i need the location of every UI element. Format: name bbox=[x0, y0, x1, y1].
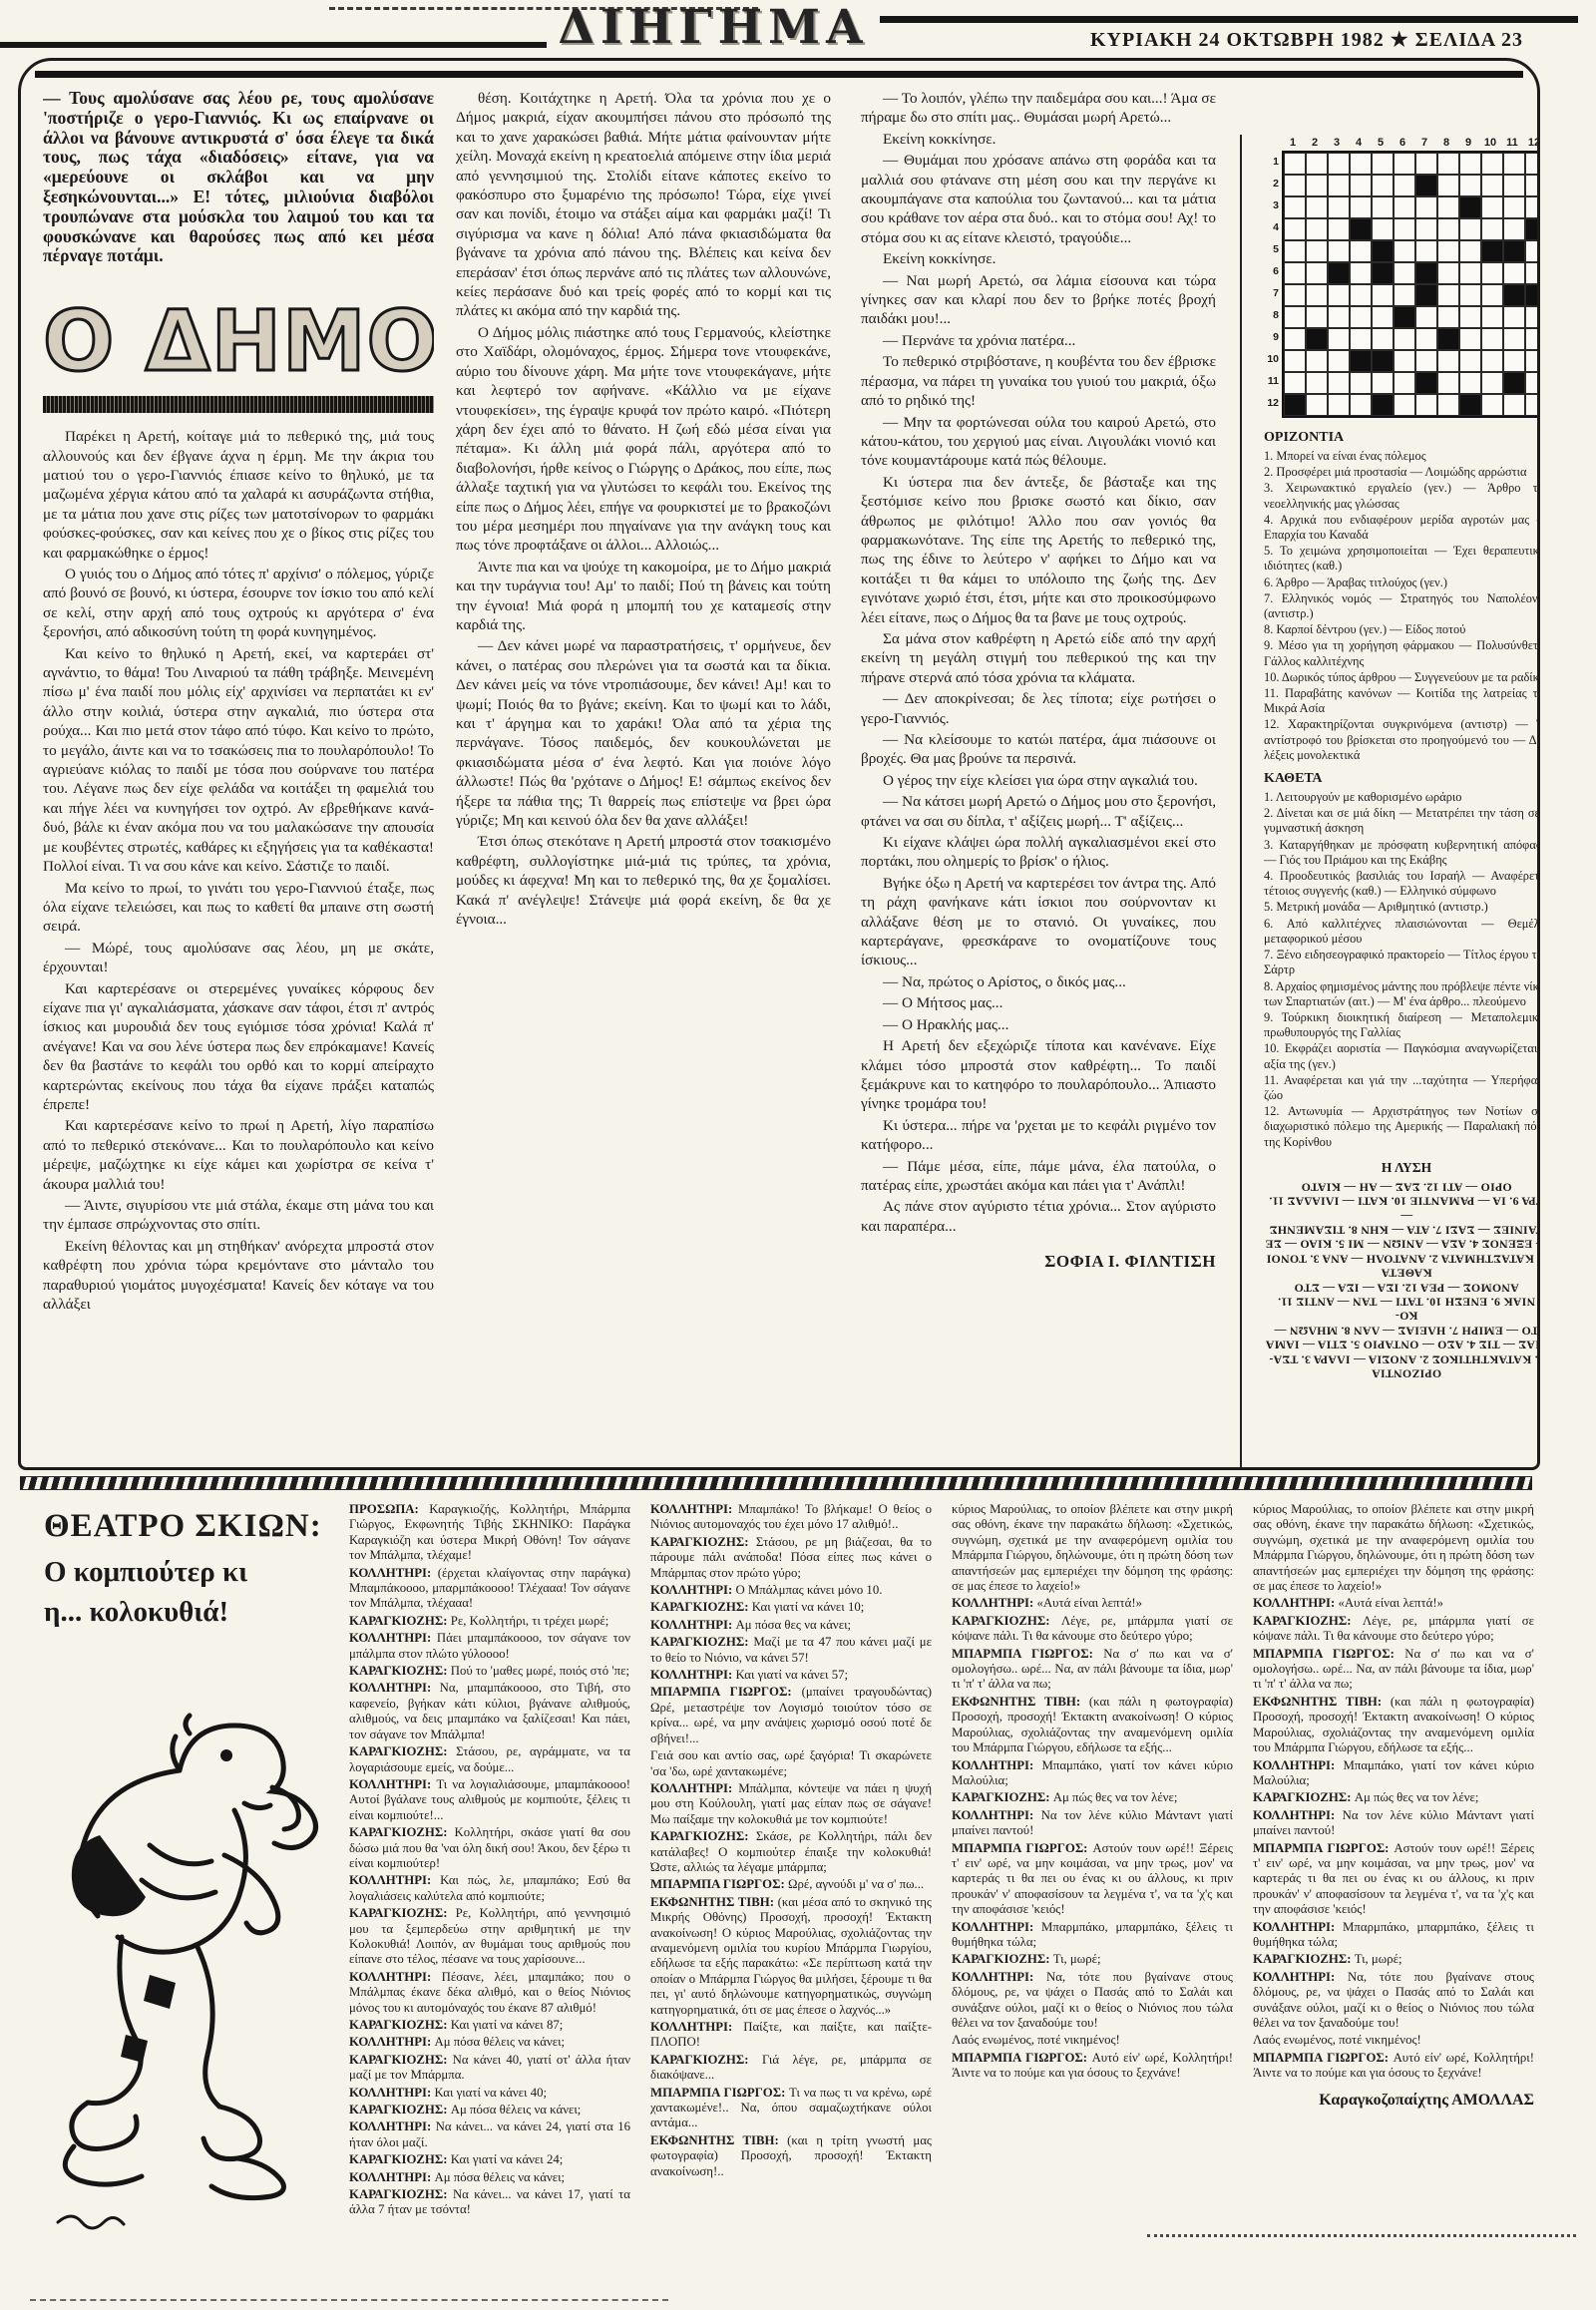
crossword-cell bbox=[1415, 175, 1437, 196]
crossword-cell bbox=[1394, 306, 1415, 328]
story-paragraph: Σα μάνα στον καθρέφτη η Αρετώ είδε από τ… bbox=[861, 629, 1216, 687]
dialogue-speaker: ΜΠΑΡΜΠΑ ΓΙΩΡΓΟΣ: bbox=[650, 1685, 802, 1699]
dialogue-line: ΜΠΑΡΜΠΑ ΓΙΩΡΓΟΣ: Αυτό είν' ωρέ, Κολλητήρ… bbox=[952, 2051, 1233, 2082]
crossword-clue: 2. Δίνεται και σε μιά δίκη — Μετατρέπει … bbox=[1264, 806, 1540, 836]
story-paragraph: Ας πάνε στον αγύριστο τέτια χρόνια... Στ… bbox=[861, 1197, 1216, 1236]
dialogue-line: ΚΟΛΛΗΤΗΡΙ: Μπαμπάκο! Το βλήκαμε! Ο θείος… bbox=[650, 1502, 932, 1533]
crossword-cell bbox=[1306, 218, 1328, 240]
dialogue-speaker: ΚΟΛΛΗΤΗΡΙ: bbox=[650, 1668, 735, 1682]
crossword-cell bbox=[1350, 175, 1372, 196]
dialogue-line: ΚΑΡΑΓΚΙΟΖΗΣ: Τι, μωρέ; bbox=[952, 1952, 1233, 1967]
crossword-cell bbox=[1415, 284, 1437, 306]
date-pageline: ΚΥΡΙΑΚΗ 24 ΟΚΤΩΒΡΗ 1982 ★ ΣΕΛΙΔΑ 23 bbox=[1047, 27, 1566, 52]
crossword-cell bbox=[1306, 175, 1328, 196]
crossword-cell bbox=[1350, 328, 1372, 350]
crossword-cell bbox=[1503, 350, 1525, 372]
story-paragraph: — Πάμε μέσα, είπε, πάμε μάνα, έλα πατούλ… bbox=[861, 1157, 1216, 1196]
crossword-cell bbox=[1306, 394, 1328, 416]
crossword-cell bbox=[1437, 262, 1459, 284]
crossword-cell bbox=[1481, 372, 1503, 394]
crossword-cell bbox=[1284, 372, 1306, 394]
dialogue-speaker: ΚΑΡΑΓΚΙΟΖΗΣ: bbox=[349, 2152, 451, 2166]
crossword-col-number: 2 bbox=[1304, 137, 1326, 149]
crossword-clue: 1. Λειτουργούν με καθορισμένο ωράριο bbox=[1264, 790, 1540, 805]
bottom-dotted-rule bbox=[1147, 2234, 1576, 2237]
dialogue-speaker: ΚΑΡΑΓΚΙΟΖΗΣ: bbox=[1253, 1614, 1363, 1628]
crossword-cell bbox=[1350, 153, 1372, 175]
solution-line: 1. ΚΑΤΑΣΤΗΜΑΤΑ 2. ΑΝΑΤΟΛΗ — ΑΝΑ 3. ΤΟΝΟΙ bbox=[1264, 1252, 1540, 1266]
dialogue-column-3: κύριος Μαρούλιας, το οποίον βλέπετε και … bbox=[952, 1502, 1233, 2288]
crossword-cell bbox=[1459, 175, 1481, 196]
crossword-cell bbox=[1394, 328, 1415, 350]
dialogue-speaker: ΚΟΛΛΗΤΗΡΙ: bbox=[349, 2035, 434, 2049]
dialogue-speaker: ΚΟΛΛΗΤΗΡΙ: bbox=[349, 1777, 436, 1791]
story-paragraph: Κι ύστερα... πήρε να 'ρχεται με το κεφάλ… bbox=[861, 1116, 1216, 1155]
dialogue-speaker: ΜΠΑΡΜΠΑ ΓΙΩΡΓΟΣ: bbox=[952, 1841, 1092, 1855]
dialogue-line: ΜΠΑΡΜΠΑ ΓΙΩΡΓΟΣ: Ωρέ, αγνούδι μ' να σ' π… bbox=[650, 1877, 932, 1892]
crossword-clue: 7. Ελληνικός νομός — Στρατηγός του Ναπολ… bbox=[1264, 591, 1540, 621]
crossword-cell bbox=[1372, 262, 1394, 284]
page-title: ΔΙΗΓΗΜΑ bbox=[539, 0, 888, 55]
crossword-cell bbox=[1284, 153, 1306, 175]
crossword-cell bbox=[1525, 262, 1540, 284]
dialogue-speaker: ΚΑΡΑΓΚΙΟΖΗΣ: bbox=[650, 1535, 756, 1549]
crossword-grid bbox=[1282, 151, 1540, 418]
story-paragraph: Και κείνο το θηλυκό η Αρετή, εκεί, να κα… bbox=[43, 644, 434, 877]
dialogue-speaker: ΚΟΛΛΗΤΗΡΙ: bbox=[349, 1566, 438, 1580]
down-clues: 1. Λειτουργούν με καθορισμένο ωράριο2. Δ… bbox=[1264, 790, 1540, 1150]
dialogue-line: ΠΡΟΣΩΠΑ: Καραγκιοζής, Κολλητήρι, Μπάρμπα… bbox=[349, 1502, 630, 1564]
crossword-clue: 4. Αρχικά που ενδιαφέρουν μερίδα αγροτών… bbox=[1264, 513, 1540, 543]
dialogue-line: ΚΑΡΑΓΚΙΟΖΗΣ: Και γιατί να κάνει 10; bbox=[650, 1600, 932, 1615]
crossword-clue: 1. Μπορεί να είναι ένας πόλεμος bbox=[1264, 449, 1540, 464]
solution-line: ΑΝΟΜΟΣ — ΡΕΑ 12. ΙΣΑ — ΙΣΑ — ΣΤΟ bbox=[1264, 1281, 1540, 1295]
crossword-cell bbox=[1328, 306, 1350, 328]
dialogue-line: ΚΑΡΑΓΚΙΟΖΗΣ: Κολλητήρι, σκάσε γιατί θα σ… bbox=[349, 1825, 630, 1871]
dialogue-line: ΚΟΛΛΗΤΗΡΙ: Αμ πόσα θέλεις να κάνει; bbox=[349, 2170, 630, 2185]
crossword-cell bbox=[1481, 306, 1503, 328]
crossword-clue: 2. Προσφέρει μιά προστασία — Λοιμώδης αρ… bbox=[1264, 465, 1540, 480]
dialogue-line: ΕΚΦΩΝΗΤΗΣ ΤΙΒΗ: (και μέσα από το σκηνικό… bbox=[650, 1895, 932, 2018]
dialogue-speaker: ΜΠΑΡΜΠΑ ΓΙΩΡΓΟΣ: bbox=[952, 1647, 1103, 1661]
crossword-cell bbox=[1525, 372, 1540, 394]
story-paragraph: Βγήκε όξω η Αρετή να καρτερέσει τον άντρ… bbox=[861, 874, 1216, 970]
story-paragraph: — Μην τα φορτώνεσαι ούλα του καιρού Αρετ… bbox=[861, 413, 1216, 471]
dialogue-line: ΜΠΑΡΜΠΑ ΓΙΩΡΓΟΣ: Να σ' πω και να σ' ομολ… bbox=[1253, 1647, 1534, 1693]
crossword-clue: 4. Προοδευτικός βασιλιάς του Ισραήλ — Αν… bbox=[1264, 869, 1540, 899]
crossword-cell bbox=[1328, 153, 1350, 175]
crossword-cell bbox=[1284, 350, 1306, 372]
dialogue-line: ΚΟΛΛΗΤΗΡΙ: Μπαμπάκο, γιατί τον κάνει κύρ… bbox=[952, 1758, 1233, 1789]
dialogue-line: ΚΟΛΛΗΤΗΡΙ: «Αυτά είναι λεπτά!» bbox=[952, 1596, 1233, 1611]
crossword-cell bbox=[1372, 153, 1394, 175]
story-paragraph: — Να, πρώτος ο Αρίστος, ο δικός μας... bbox=[861, 972, 1216, 991]
crossword-cell bbox=[1328, 262, 1350, 284]
dialogue-line: ΚΑΡΑΓΚΙΟΖΗΣ: Λέγε, ρε, μπάρμπα γιατί σε … bbox=[1253, 1614, 1534, 1645]
crossword-row-number: 7 bbox=[1273, 287, 1279, 299]
story-paragraph: Παρέκει η Αρετή, κοίταγε μιά το πεθερικό… bbox=[43, 427, 434, 563]
dialogue-column-2: ΚΟΛΛΗΤΗΡΙ: Μπαμπάκο! Το βλήκαμε! Ο θείος… bbox=[650, 1502, 932, 2288]
crossword-cell bbox=[1306, 262, 1328, 284]
crossword-clue: 7. Ξένο ειδησεογραφικό πρακτορείο — Τίτλ… bbox=[1264, 948, 1540, 977]
crossword-clue: 5. Το χειμώνα χρησιμοποιείται — Έχει θερ… bbox=[1264, 544, 1540, 574]
crossword-cell bbox=[1415, 240, 1437, 262]
crossword-cell bbox=[1415, 262, 1437, 284]
story-column-2: θέση. Κοιτάχτηκε η Αρετή. Όλα τα χρόνια … bbox=[456, 89, 831, 1453]
story-paragraph: — Περνάνε τα χρόνια πατέρα... bbox=[861, 331, 1216, 350]
crossword-cell bbox=[1415, 218, 1437, 240]
dialogue-line: ΚΑΡΑΓΚΙΟΖΗΣ: Και γιατί να κάνει 24; bbox=[349, 2152, 630, 2167]
crossword-clue: 12. Χαρακτηρίζονται συγκρινόμενα (αντιστ… bbox=[1264, 717, 1540, 763]
crossword-cell bbox=[1437, 328, 1459, 350]
dialogue-line: ΜΠΑΡΜΠΑ ΓΙΩΡΓΟΣ: Τι να πως τι να κρένω, … bbox=[650, 2086, 932, 2131]
crossword-row-number: 3 bbox=[1273, 199, 1279, 211]
dialogue-speaker: ΚΟΛΛΗΤΗΡΙ: bbox=[650, 1781, 738, 1795]
dialogue-line: ΚΑΡΑΓΚΙΟΖΗΣ: Μαζί με τα 47 που κάνει μαζ… bbox=[650, 1635, 932, 1666]
crossword-cell bbox=[1481, 240, 1503, 262]
story-paragraph: Εκείνη κοκκίνησε. bbox=[861, 130, 1216, 149]
crossword-cell bbox=[1503, 218, 1525, 240]
dialogue-line: ΚΑΡΑΓΚΙΟΖΗΣ: Πού το 'μαθες μωρέ, ποιός σ… bbox=[349, 1664, 630, 1679]
crossword-cell bbox=[1415, 372, 1437, 394]
crossword-cell bbox=[1503, 262, 1525, 284]
dialogue-line: ΜΠΑΡΜΠΑ ΓΙΩΡΓΟΣ: (μπαίνει τραγουδώντας) … bbox=[650, 1685, 932, 1746]
dialogue-line: ΜΠΑΡΜΠΑ ΓΙΩΡΓΟΣ: Να σ' πω και να σ' ομολ… bbox=[952, 1647, 1233, 1693]
dialogue-line: ΚΟΛΛΗΤΗΡΙ: (έρχεται κλαίγοντας στην παρά… bbox=[349, 1566, 630, 1612]
dialogue-line: ΚΟΛΛΗΤΗΡΙ: Μπάλμπα, κόντεψε να πάει η ψυ… bbox=[650, 1781, 932, 1827]
story-paragraph: Εκείνη θέλοντας και μη στηθήκαν' ανόρεχτ… bbox=[43, 1237, 434, 1315]
dialogue-line: ΚΟΛΛΗΤΗΡΙ: Να τον λένε κύλιο Μάνταντ για… bbox=[952, 1808, 1233, 1839]
story-intro: — Τους αμολύσανε σας λέου ρε, τους αμολύ… bbox=[43, 89, 434, 266]
crossword-cell bbox=[1481, 218, 1503, 240]
crossword-cell bbox=[1415, 350, 1437, 372]
crossword-row-numbers: 123456789101112 bbox=[1264, 151, 1282, 418]
dialogue-line: ΕΚΦΩΝΗΤΗΣ ΤΙΒΗ: (και η τρίτη γνωστή μας … bbox=[650, 2133, 932, 2179]
story-byline: ΣΟΦΙΑ Ι. ΦΙΛΝΤΙΣΗ bbox=[861, 1252, 1216, 1272]
crossword-cell bbox=[1415, 196, 1437, 218]
dialogue-speaker: ΚΑΡΑΓΚΙΟΖΗΣ: bbox=[650, 1600, 752, 1614]
crossword-row-number: 1 bbox=[1273, 156, 1279, 168]
dialogue-line: ΜΠΑΡΜΠΑ ΓΙΩΡΓΟΣ: Αυτό είν' ωρέ, Κολλητήρ… bbox=[1253, 2051, 1534, 2082]
story-col2-text: θέση. Κοιτάχτηκε η Αρετή. Όλα τα χρόνια … bbox=[456, 89, 831, 929]
crossword-cell bbox=[1306, 153, 1328, 175]
dialogue-line: ΚΟΛΛΗΤΗΡΙ: Παίξτε, και παίξτε, και παίξτ… bbox=[650, 2020, 932, 2051]
dialogue-line: ΜΠΑΡΜΠΑ ΓΙΩΡΓΟΣ: Αστούν τουν ωρέ!! Ξέρει… bbox=[952, 1841, 1233, 1918]
dialogue-speaker: ΚΟΛΛΗΤΗΡΙ: bbox=[349, 1681, 440, 1695]
crossword-col-number: 8 bbox=[1435, 137, 1457, 149]
crossword-cell bbox=[1437, 240, 1459, 262]
crossword-row-number: 12 bbox=[1267, 397, 1279, 409]
story-paragraph: — Ο Ηρακλής μας... bbox=[861, 1015, 1216, 1034]
crossword-cell bbox=[1525, 328, 1540, 350]
crossword-cell bbox=[1306, 196, 1328, 218]
dialogue-line: ΚΑΡΑΓΚΙΟΖΗΣ: Γιά λέγε, ρε, μπάρμπα σε δι… bbox=[650, 2053, 932, 2084]
theater-kicker: ΘΕΑΤΡΟ ΣΚΙΩΝ: bbox=[44, 1508, 343, 1545]
dialogue-speaker: ΚΑΡΑΓΚΙΟΖΗΣ: bbox=[349, 1825, 455, 1839]
crossword-cell bbox=[1350, 196, 1372, 218]
crossword-cell bbox=[1437, 175, 1459, 196]
dialogue-speaker: ΜΠΑΡΜΠΑ ΓΙΩΡΓΟΣ: bbox=[1253, 1647, 1404, 1661]
crossword-cell bbox=[1394, 284, 1415, 306]
crossword-cell bbox=[1525, 153, 1540, 175]
dialogue-speaker: ΚΟΛΛΗΤΗΡΙ: bbox=[349, 1970, 442, 1984]
down-title: ΚΑΘΕΤΑ bbox=[1264, 771, 1540, 787]
crossword-cell bbox=[1503, 153, 1525, 175]
crossword-cell bbox=[1350, 262, 1372, 284]
crossword-cell bbox=[1503, 240, 1525, 262]
dialogue-speaker: ΚΟΛΛΗΤΗΡΙ: bbox=[349, 1631, 437, 1645]
story-paragraph: Άιντε πια και να ψούχε τη κακομοίρα, με … bbox=[456, 558, 831, 635]
dialogue-line: ΚΟΛΛΗΤΗΡΙ: Να τον λένε κύλιο Μάνταντ για… bbox=[1253, 1808, 1534, 1839]
dialogue-speaker: ΚΟΛΛΗΤΗΡΙ: bbox=[952, 1920, 1041, 1934]
story-paragraph: Το πεθερικό στριβόστανε, η κουβέντα του … bbox=[861, 352, 1216, 410]
crossword-row-number: 9 bbox=[1273, 331, 1279, 343]
dialogue-speaker: ΚΟΛΛΗΤΗΡΙ: bbox=[1253, 1808, 1343, 1822]
dialogue-speaker: ΚΟΛΛΗΤΗΡΙ: bbox=[349, 1873, 440, 1887]
crossword-cell bbox=[1437, 218, 1459, 240]
story-paragraph: Ο Δήμος μόλις πιάστηκε από τους Γερμανού… bbox=[456, 323, 831, 556]
crossword-col-number: 7 bbox=[1413, 137, 1435, 149]
crossword-cell bbox=[1350, 218, 1372, 240]
dialogue-column-4: κύριος Μαρούλιας, το οποίον βλέπετε και … bbox=[1253, 1502, 1534, 2288]
story-paragraph: — Ναι μωρή Αρετώ, σα λάμια είσουνα και τ… bbox=[861, 271, 1216, 329]
dialogue-line: ΚΑΡΑΓΚΙΟΖΗΣ: Τι, μωρέ; bbox=[1253, 1952, 1534, 1967]
masthead-heavy-rule-left bbox=[0, 42, 547, 48]
crossword-row-number: 11 bbox=[1268, 375, 1279, 387]
dialogue-speaker: ΜΠΑΡΜΠΑ ΓΙΩΡΓΟΣ: bbox=[1253, 2051, 1394, 2065]
section-divider bbox=[20, 1476, 1532, 1490]
dialogue-line: ΚΑΡΑΓΚΙΟΖΗΣ: Να κάνει 40, γιατί οτ' άλλα… bbox=[349, 2053, 630, 2084]
story-paragraph: Ο γέρος την είχε κλείσει για ώρα στην αγ… bbox=[861, 771, 1216, 790]
story-col1-text: Παρέκει η Αρετή, κοίταγε μιά το πεθερικό… bbox=[43, 427, 434, 1314]
crossword-cell bbox=[1372, 306, 1394, 328]
dialogue-line: ΜΠΑΡΜΠΑ ΓΙΩΡΓΟΣ: Αστούν τουν ωρέ!! Ξέρει… bbox=[1253, 1841, 1534, 1918]
story-paragraph: — Θυμάμαι που χρόσανε απάνω στη φοράδα κ… bbox=[861, 151, 1216, 247]
dialogue-speaker: ΚΑΡΑΓΚΙΟΖΗΣ: bbox=[349, 1664, 451, 1678]
dialogue-speaker: ΚΑΡΑΓΚΙΟΖΗΣ: bbox=[349, 1614, 451, 1628]
crossword-row-number: 6 bbox=[1273, 265, 1279, 277]
solution-line: ΤΑΙΝΙΕΣ — ΣΑΣΙ 7. ΑΤΑ — ΚΗΝ 8. ΤΙΣΑΜΕΝΗΣ… bbox=[1264, 1209, 1540, 1238]
title-halftone-bar bbox=[43, 396, 434, 413]
dialogue-line: ΚΟΛΛΗΤΗΡΙ: Πέσανε, λέει, μπαμπάκο; που ο… bbox=[349, 1970, 630, 2016]
dialogue-speaker: ΚΟΛΛΗΤΗΡΙ: bbox=[952, 1596, 1036, 1610]
dialogue-speaker: ΚΟΛΛΗΤΗΡΙ: bbox=[349, 2086, 434, 2100]
dialogue-line: ΚΟΛΛΗΤΗΡΙ: «Αυτά είναι λεπτά!» bbox=[1253, 1596, 1534, 1611]
theater-title-line2: η... κολοκυθιά! bbox=[44, 1596, 343, 1629]
crossword-clue: 5. Μετρική μονάδα — Αριθμητικό (αντιστρ.… bbox=[1264, 900, 1540, 915]
crossword-cell bbox=[1525, 218, 1540, 240]
dialogue-speaker: ΚΟΛΛΗΤΗΡΙ: bbox=[1253, 1758, 1343, 1772]
crossword-cell bbox=[1459, 262, 1481, 284]
dialogue-line: ΚΑΡΑΓΚΙΟΖΗΣ: Να κάνει... να κάνει 17, γι… bbox=[349, 2187, 630, 2218]
solution-title: Η ΛΥΣΗ bbox=[1264, 1160, 1540, 1176]
dialogue-speaker: ΚΑΡΑΓΚΙΟΖΗΣ: bbox=[1253, 1790, 1355, 1804]
crossword-cell bbox=[1459, 306, 1481, 328]
karagiozis-illustration bbox=[30, 1676, 329, 2254]
dialogue-speaker: ΕΚΦΩΝΗΤΗΣ ΤΙΒΗ: bbox=[650, 1895, 778, 1909]
crossword-cell bbox=[1372, 196, 1394, 218]
dialogue-line: ΚΑΡΑΓΚΙΟΖΗΣ: Αμ πώς θες να τον λένε; bbox=[952, 1790, 1233, 1805]
story-paragraph: Κι είχανε κλάψει ώρα πολλή αγκαλιασμένοι… bbox=[861, 833, 1216, 872]
dialogue-line: ΚΟΛΛΗΤΗΡΙ: Ο Μπάλμπας κάνει μόνο 10. bbox=[650, 1583, 932, 1598]
crossword-cell bbox=[1284, 284, 1306, 306]
crossword-clue: 10. Δωρικός τύπος άρθρου — Συγγενεύουν μ… bbox=[1264, 670, 1540, 685]
crossword-cell bbox=[1525, 240, 1540, 262]
crossword-cell bbox=[1372, 350, 1394, 372]
crossword-cell bbox=[1372, 372, 1394, 394]
story-paragraph: Και καρτερέσανε κείνο το πρωί η Αρετή, λ… bbox=[43, 1116, 434, 1194]
story-paragraph: Κι ύστερα πια δεν άντεξε, δε βάσταξε και… bbox=[861, 473, 1216, 627]
crossword-cell bbox=[1459, 196, 1481, 218]
crossword-cell bbox=[1372, 240, 1394, 262]
dialogue-speaker: ΚΑΡΑΓΚΙΟΖΗΣ: bbox=[1253, 1952, 1355, 1966]
dialogue-line: ΚΑΡΑΓΚΙΟΖΗΣ: Λέγε, ρε, μπάρμπα γιατί σε … bbox=[952, 1614, 1233, 1645]
crossword-cell bbox=[1503, 306, 1525, 328]
dialogue-speaker: ΚΑΡΑΓΚΙΟΖΗΣ: bbox=[952, 1614, 1061, 1628]
dialogue-line: ΚΑΡΑΓΚΙΟΖΗΣ: Στάσου, ρε, αγράμματε, να τ… bbox=[349, 1744, 630, 1775]
crossword-section: 123456789101112 123456789101112 ΟΡΙΖΟΝΤΙ… bbox=[1264, 137, 1540, 1470]
dialogue-speaker: ΚΑΡΑΓΚΙΟΖΗΣ: bbox=[650, 1829, 756, 1843]
crossword-cell bbox=[1372, 218, 1394, 240]
crossword-clue: 8. Αρχαίος φημισμένος μάντης που πρόβλεψ… bbox=[1264, 979, 1540, 1009]
dialogue-speaker: ΚΑΡΑΓΚΙΟΖΗΣ: bbox=[349, 2018, 451, 2032]
crossword-cell bbox=[1306, 372, 1328, 394]
column-divider-rule bbox=[1240, 135, 1242, 1470]
crossword-cell bbox=[1481, 153, 1503, 175]
dialogue-line: ΚΟΛΛΗΤΗΡΙ: Να κάνει... να κάνει 24, γιατ… bbox=[349, 2119, 630, 2150]
crossword-cell bbox=[1459, 328, 1481, 350]
crossword-cell bbox=[1415, 328, 1437, 350]
crossword-cell bbox=[1328, 350, 1350, 372]
solution-upside-down: ΟΡΙΖΟΝΤΙΑ1. ΚΑΤΑΚΤΗΤΙΚΟΣ 2. ΑΝΟΣΙΑ — ΙΛΑ… bbox=[1264, 1180, 1540, 1381]
crossword-clue: 10. Εκφράζει αοριστία — Παγκόσμια αναγνω… bbox=[1264, 1041, 1540, 1071]
story-paragraph: — Να κλείσουμε το κατώι πατέρα, άμα πιάσ… bbox=[861, 730, 1216, 769]
dialogue-line: Λαός ενωμένος, ποτέ νικημένος! bbox=[952, 2033, 1233, 2048]
story-paragraph: — Ο Μήτσος μας... bbox=[861, 993, 1216, 1012]
crossword-clue: 6. Από καλλιτέχνες πλαισιώνονται — Θεμέλ… bbox=[1264, 917, 1540, 947]
dialogue-speaker: ΜΠΑΡΜΠΑ ΓΙΩΡΓΟΣ: bbox=[952, 2051, 1092, 2065]
dialogue-speaker: ΚΟΛΛΗΤΗΡΙ: bbox=[1253, 1920, 1343, 1934]
crossword-col-number: 10 bbox=[1479, 137, 1501, 149]
dialogue-speaker: ΕΚΦΩΝΗΤΗΣ ΤΙΒΗ: bbox=[1253, 1695, 1391, 1709]
crossword-cell bbox=[1459, 372, 1481, 394]
dialogue-line: ΕΚΦΩΝΗΤΗΣ ΤΙΒΗ: (και πάλι η φωτογραφία) … bbox=[952, 1695, 1233, 1756]
dialogue-line: Γειά σου και αντίο σας, ωρέ ξαγόρια! Τι … bbox=[650, 1748, 932, 1779]
story-paragraph: — Δεν αποκρίνεσαι; δε λες τίποτα; είχε ρ… bbox=[861, 689, 1216, 728]
dialogue-line: ΚΟΛΛΗΤΗΡΙ: Πάει μπαμπάκοοοο, τον σάγανε … bbox=[349, 1631, 630, 1662]
dialogue-line: ΚΑΡΑΓΚΙΟΖΗΣ: Ρε, Κολλητήρι, τι τρέχει μω… bbox=[349, 1614, 630, 1629]
dialogue-speaker: ΠΡΟΣΩΠΑ: bbox=[349, 1502, 429, 1516]
crossword-row-number: 10 bbox=[1267, 353, 1279, 365]
dialogue-line: ΚΟΛΛΗΤΗΡΙ: Να, τότε που βγαίνανε στους δ… bbox=[952, 1970, 1233, 2032]
dialogue-speaker: ΜΠΑΡΜΠΑ ΓΙΩΡΓΟΣ: bbox=[1253, 1841, 1394, 1855]
story-paragraph: θέση. Κοιτάχτηκε η Αρετή. Όλα τα χρόνια … bbox=[456, 89, 831, 321]
box-top-rule bbox=[35, 71, 1523, 78]
crossword-cell bbox=[1415, 153, 1437, 175]
crossword-cell bbox=[1306, 240, 1328, 262]
crossword-cell bbox=[1481, 350, 1503, 372]
crossword-cell bbox=[1459, 394, 1481, 416]
crossword-cell bbox=[1437, 196, 1459, 218]
story-paragraph: — Μώρέ, τους αμολύσανε σας λέου, μη με σ… bbox=[43, 939, 434, 977]
dialogue-speaker: ΕΚΦΩΝΗΤΗΣ ΤΙΒΗ: bbox=[952, 1695, 1089, 1709]
story-paragraph: — Άιντε, σιγυρίσου ντε μιά στάλα, έκαμε … bbox=[43, 1196, 434, 1235]
story-paragraph: — Το λοιπόν, γλέπω την παιδεμάρα σου και… bbox=[861, 89, 1216, 128]
dialogue-line: ΚΟΛΛΗΤΗΡΙ: Να, μπαμπάκοοοο, στο Τιβή, στ… bbox=[349, 1681, 630, 1742]
dialogue-line: κύριος Μαρούλιας, το οποίον βλέπετε και … bbox=[1253, 1502, 1534, 1594]
dialogue-speaker: ΚΟΛΛΗΤΗΡΙ: bbox=[650, 1583, 735, 1597]
crossword-clue: 3. Καταργήθηκαν με πρόσφατη κυβερνητική … bbox=[1264, 838, 1540, 868]
dialogue-line: ΚΑΡΑΓΚΙΟΖΗΣ: Και γιατί να κάνει 87; bbox=[349, 2018, 630, 2033]
crossword-cell bbox=[1394, 372, 1415, 394]
solution-line: 1. ΚΑΤΑΚΤΗΤΙΚΟΣ 2. ΑΝΟΣΙΑ — ΙΛΑΡΑ 3. ΤΣΑ… bbox=[1264, 1352, 1540, 1366]
crossword-cell bbox=[1372, 175, 1394, 196]
crossword-cell bbox=[1284, 240, 1306, 262]
crossword-clue: 3. Χειρωνακτικό εργαλείο (γεν.) — Άρθρο … bbox=[1264, 481, 1540, 511]
dialogue-line: ΚΟΛΛΗΤΗΡΙ: Μπαρμπάκο, μπαρμπάκο, ξέλεις … bbox=[1253, 1920, 1534, 1951]
crossword-clue: 9. Τούρκικη διοικητική διαίρεση — Μεταπο… bbox=[1264, 1010, 1540, 1040]
dialogue-speaker: ΚΟΛΛΗΤΗΡΙ: bbox=[952, 1758, 1041, 1772]
crossword-cell bbox=[1459, 240, 1481, 262]
crossword-cell bbox=[1415, 306, 1437, 328]
story-paragraph: Εκείνη κοκκίνησε. bbox=[861, 249, 1216, 268]
crossword-cell bbox=[1459, 284, 1481, 306]
crossword-cell bbox=[1503, 284, 1525, 306]
crossword-clue: 8. Καρποί δέντρου (γεν.) — Είδος ποτού bbox=[1264, 622, 1540, 637]
crossword-cell bbox=[1306, 284, 1328, 306]
crossword-cell bbox=[1481, 284, 1503, 306]
crossword-cell bbox=[1459, 350, 1481, 372]
crossword-cell bbox=[1481, 394, 1503, 416]
crossword-clue: 11. Αναφέρεται και γιά την ...ταχύτητα —… bbox=[1264, 1073, 1540, 1103]
crossword-clue: 6. Άρθρο — Άραβας τιτλούχος (γεν.) bbox=[1264, 576, 1540, 590]
newspaper-page: ΔΙΗΓΗΜΑ ΚΥΡΙΑΚΗ 24 ΟΚΤΩΒΡΗ 1982 ★ ΣΕΛΙΔΑ… bbox=[0, 0, 1596, 2310]
crossword-cell bbox=[1459, 153, 1481, 175]
story-paragraph: Και καρτερέσανε οι στερεμένες γυναίκες κ… bbox=[43, 979, 434, 1115]
crossword-cell bbox=[1503, 175, 1525, 196]
crossword-cell bbox=[1481, 262, 1503, 284]
crossword-col-number: 11 bbox=[1501, 137, 1523, 149]
crossword-cell bbox=[1394, 350, 1415, 372]
crossword-col-number: 9 bbox=[1457, 137, 1479, 149]
crossword-row-number: 4 bbox=[1273, 221, 1279, 233]
crossword-cell bbox=[1328, 196, 1350, 218]
crossword-cell bbox=[1328, 284, 1350, 306]
crossword-cell bbox=[1394, 196, 1415, 218]
dialogue-speaker: ΚΑΡΑΓΚΙΟΖΗΣ: bbox=[349, 2053, 453, 2067]
crossword-cell bbox=[1481, 175, 1503, 196]
crossword-cell bbox=[1328, 240, 1350, 262]
dialogue-speaker: ΚΑΡΑΓΚΙΟΖΗΣ: bbox=[952, 1952, 1053, 1966]
dialogue-speaker: ΚΟΛΛΗΤΗΡΙ: bbox=[650, 1502, 738, 1516]
story-col3-text: — Το λοιπόν, γλέπω την παιδεμάρα σου και… bbox=[861, 89, 1216, 1236]
dialogue-speaker: ΚΑΡΑΓΚΙΟΖΗΣ: bbox=[650, 2053, 762, 2067]
across-title: ΟΡΙΖΟΝΤΙΑ bbox=[1264, 430, 1540, 446]
dialogue-line: Λαός ενωμένος, ποτέ νικημένος! bbox=[1253, 2033, 1534, 2048]
crossword-cell bbox=[1284, 218, 1306, 240]
dialogue-speaker: ΚΑΡΑΓΚΙΟΖΗΣ: bbox=[650, 1635, 753, 1649]
solution-line: ΝΙΑΚ 9. ΕΝΕΣΗ 10. ΤΑΤΙ — ΤΑΝ — ΑΝΤΙΣ 11. bbox=[1264, 1295, 1540, 1309]
crossword-row-number: 2 bbox=[1273, 178, 1279, 190]
crossword-cell bbox=[1437, 372, 1459, 394]
dialogue-speaker: ΕΚΦΩΝΗΤΗΣ ΤΙΒΗ: bbox=[650, 2133, 787, 2147]
crossword-cell bbox=[1306, 306, 1328, 328]
crossword-cell bbox=[1437, 306, 1459, 328]
story-column-3: — Το λοιπόν, γλέπω την παιδεμάρα σου και… bbox=[861, 89, 1216, 1453]
bottom-dashed-rule bbox=[30, 2299, 668, 2301]
solution-line: ΟΡΙΖΟΝΤΙΑ bbox=[1264, 1366, 1540, 1380]
dialogue-speaker: ΜΠΑΡΜΠΑ ΓΙΩΡΓΟΣ: bbox=[650, 1877, 788, 1891]
